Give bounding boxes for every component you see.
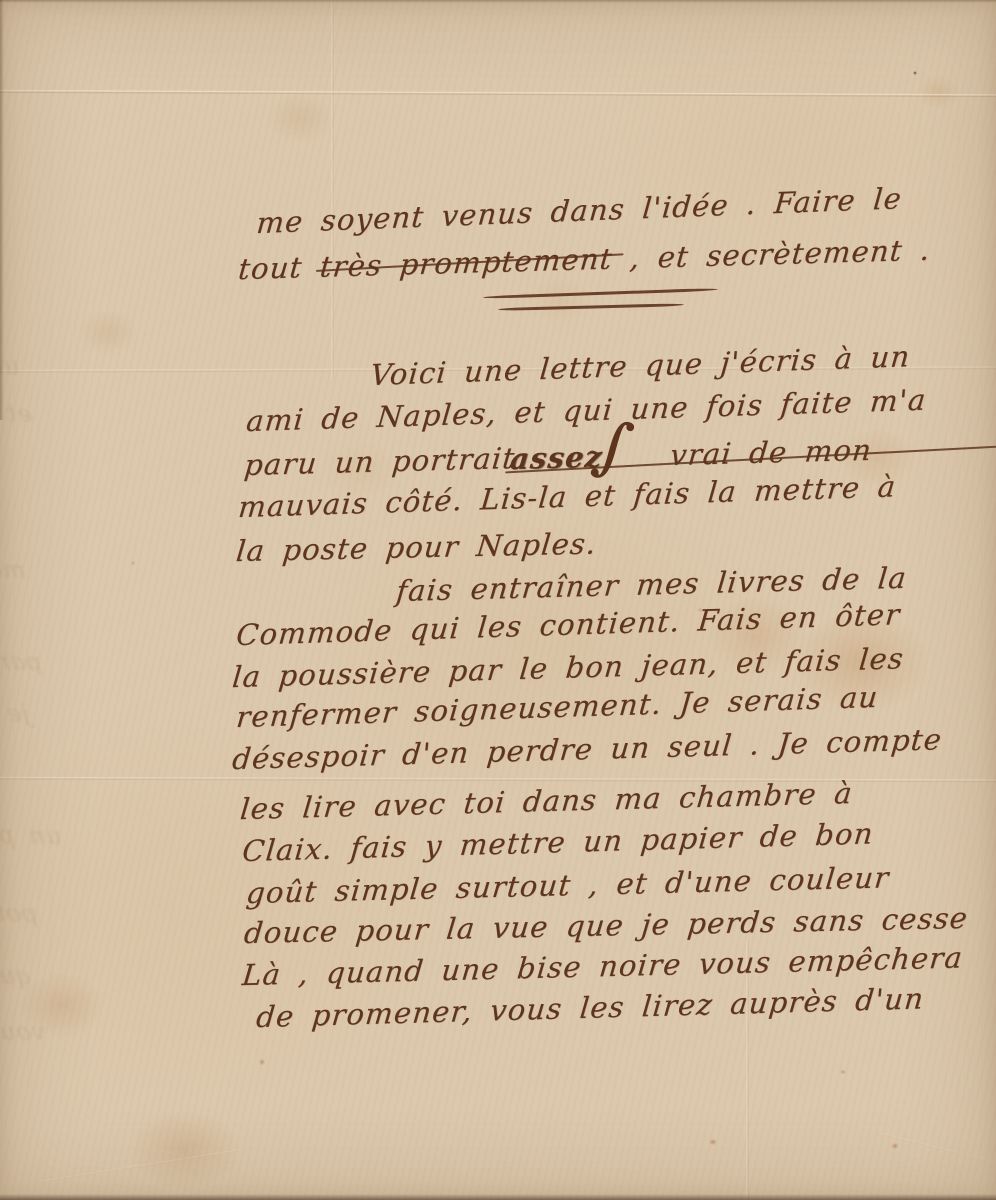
letter-page: une lettre que j'écriset qui une fois fa… bbox=[0, 0, 996, 1200]
paper-edge-bottom bbox=[0, 1194, 996, 1200]
scan-vignette bbox=[0, 0, 996, 1200]
paper-edge-top bbox=[0, 0, 996, 3]
paper-edge-left bbox=[0, 0, 4, 420]
